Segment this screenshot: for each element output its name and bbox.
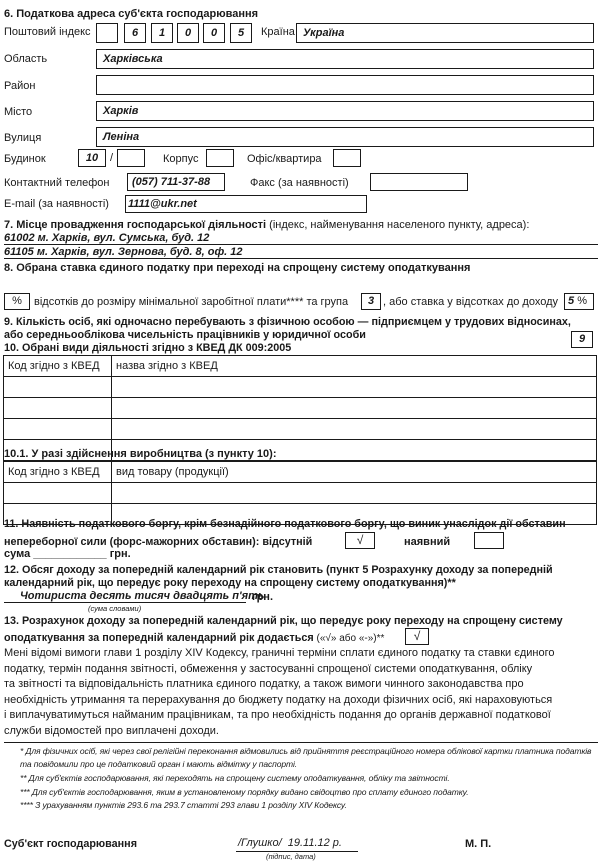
city-label: Місто	[4, 106, 32, 118]
section-8-title: 8. Обрана ставка єдиного податку при пер…	[4, 262, 470, 274]
country-field[interactable]: Україна	[296, 23, 594, 43]
corpus-label: Корпус	[163, 153, 198, 165]
building-fraction-field[interactable]	[117, 149, 145, 167]
district-field[interactable]	[96, 75, 594, 95]
kved-activities-table: Код згідно з КВЕД назва згідно з КВЕД	[3, 355, 597, 461]
declaration-line: необхідність утримання та перерахування …	[4, 693, 554, 709]
section-7-title-rest: (індекс, найменування населеного пункту,…	[266, 219, 529, 231]
section-13-line-2-rest: («√» або «-»)**	[314, 633, 385, 644]
city-field[interactable]: Харків	[96, 101, 594, 121]
region-field[interactable]: Харківська	[96, 49, 594, 69]
stamp-label: М. П.	[465, 838, 491, 850]
rate-text-1: відсотків до розміру мінімальної заробіт…	[34, 296, 348, 308]
address-2-underline	[4, 258, 598, 259]
section-9-line-2: або середньооблікова чисельність працівн…	[4, 329, 366, 341]
declaration-line: Мені відомі вимоги глави 1 розділу XIV К…	[4, 646, 554, 662]
header-product-type: вид товару (продукції)	[112, 462, 597, 483]
address-1-underline	[4, 244, 598, 245]
section-12-line-2: календарний рік, що передує року переход…	[4, 577, 456, 589]
kved-code-cell[interactable]	[4, 398, 112, 419]
postal-index-label: Поштовий індекс	[4, 26, 91, 38]
debt-sum-line: сума ____________ грн.	[4, 548, 131, 560]
debt-present-label: наявний	[404, 536, 450, 548]
income-rate-field[interactable]: 5 %	[564, 293, 594, 310]
debt-absent-checkbox[interactable]: √	[345, 532, 375, 549]
section-13-line-2: оподаткування за попередній календарний …	[4, 632, 384, 644]
office-label: Офіс/квартира	[247, 153, 322, 165]
production-table: Код згідно з КВЕД вид товару (продукції)	[3, 461, 597, 525]
kved-name-cell[interactable]	[112, 398, 597, 419]
percent-box[interactable]: %	[4, 293, 30, 310]
section-9-line-1: 9. Кількість осіб, які одночасно перебув…	[4, 316, 571, 328]
declaration-line: служби відомостей про виплачені доходи.	[4, 724, 554, 740]
building-label: Будинок	[4, 153, 46, 165]
footnote-2: ** Для суб'єктів господарювання, які пер…	[20, 773, 450, 783]
business-address-1[interactable]: 61002 м. Харків, вул. Сумська, буд. 12	[4, 232, 209, 244]
phone-label: Контактний телефон	[4, 177, 109, 189]
postal-digit-5[interactable]: 0	[203, 23, 225, 43]
street-field[interactable]: Леніна	[96, 127, 594, 147]
section-11-line-2: непереборної сили (форс-мажорних обстави…	[4, 536, 312, 548]
table-row	[4, 419, 597, 440]
table-row	[4, 483, 597, 504]
product-type-cell[interactable]	[112, 483, 597, 504]
footnote-1-cont: та повідомили про це податковий орган і …	[20, 759, 297, 769]
section-13-line-2-bold: оподаткування за попередній календарний …	[4, 632, 314, 644]
postal-digit-1[interactable]	[96, 23, 118, 43]
postal-digit-6[interactable]: 5	[230, 23, 252, 43]
corpus-field[interactable]	[206, 149, 234, 167]
debt-present-checkbox[interactable]	[474, 532, 504, 549]
table-row	[4, 377, 597, 398]
postal-digit-3[interactable]: 1	[151, 23, 173, 43]
postal-digit-4[interactable]: 0	[177, 23, 199, 43]
fax-field[interactable]	[370, 173, 468, 191]
signature-caption: (підпис, дата)	[266, 852, 316, 861]
region-label: Область	[4, 53, 47, 65]
table-row	[4, 398, 597, 419]
section-7-title: 7. Місце провадження господарської діяль…	[4, 219, 529, 231]
income-amount-underline	[4, 602, 246, 603]
header-kved-name: назва згідно з КВЕД	[112, 356, 597, 377]
kved-code-cell[interactable]	[4, 377, 112, 398]
income-amount-words[interactable]: Чотириста десять тисяч двадцять п'ять	[20, 590, 264, 602]
postal-digit-2[interactable]: 6	[124, 23, 146, 43]
header-kved-code: Код згідно з КВЕД	[4, 356, 112, 377]
section-7-title-bold: 7. Місце провадження господарської діяль…	[4, 219, 266, 231]
footnotes-divider	[4, 742, 598, 743]
subject-label: Суб'єкт господарювання	[4, 838, 137, 850]
kved-code-cell[interactable]	[4, 419, 112, 440]
employee-count-field[interactable]: 9	[571, 331, 593, 348]
income-amount-caption: (сума словами)	[88, 604, 141, 613]
kved-name-cell[interactable]	[112, 377, 597, 398]
kved-code-cell[interactable]	[4, 483, 112, 504]
declaration-line: податку, термін подання звітності, обмеж…	[4, 662, 554, 678]
email-field[interactable]: 1111@ukr.net	[125, 195, 367, 213]
footnote-1: * Для фізичних осіб, які через свої релі…	[20, 746, 591, 756]
footnote-4: **** З урахуванням пунктів 293.6 та 293.…	[20, 800, 347, 810]
section-11-line-1: 11. Наявність податкового боргу, крім бе…	[4, 518, 566, 530]
income-rate-unit: %	[577, 295, 587, 307]
section-10-1-title: 10.1. У разі здійснення виробництва (з п…	[4, 448, 276, 460]
building-separator: /	[110, 152, 113, 164]
declaration-line: і виплачуватимуться найманим працівникам…	[4, 708, 554, 724]
phone-field[interactable]: (057) 711-37-88	[127, 173, 225, 191]
footnote-3: *** Для суб'єктів господарювання, яким в…	[20, 787, 468, 797]
section-12-line-1: 12. Обсяг доходу за попередній календарн…	[4, 564, 553, 576]
street-label: Вулиця	[4, 132, 41, 144]
email-label: E-mail (за наявності)	[4, 198, 109, 210]
section-6-title: 6. Податкова адреса суб'єкта господарюва…	[4, 8, 258, 20]
office-field[interactable]	[333, 149, 361, 167]
signature-field[interactable]: /Глушко/ 19.11.12 р.	[238, 837, 342, 849]
declaration-paragraph: Мені відомі вимоги глави 1 розділу XIV К…	[4, 646, 554, 739]
section-10-title: 10. Обрані види діяльності згідно з КВЕД…	[4, 342, 291, 354]
header-kved-code: Код згідно з КВЕД	[4, 462, 112, 483]
declaration-line: та звітності та відповідальність платник…	[4, 677, 554, 693]
country-label: Країна	[261, 26, 295, 38]
building-field[interactable]: 10	[78, 149, 106, 167]
section-13-line-1: 13. Розрахунок доходу за попередній кале…	[4, 615, 563, 627]
income-currency: грн.	[252, 591, 273, 603]
rate-text-2: , або ставка у відсотках до доходу	[383, 296, 558, 308]
business-address-2[interactable]: 61105 м. Харків, вул. Зернова, буд. 8, о…	[4, 246, 243, 258]
district-label: Район	[4, 80, 35, 92]
fax-label: Факс (за наявності)	[250, 177, 349, 189]
kved-name-cell[interactable]	[112, 419, 597, 440]
group-field[interactable]: 3	[361, 293, 381, 310]
income-calc-attached-checkbox[interactable]: √	[405, 628, 429, 645]
income-rate-value: 5	[568, 295, 574, 307]
table-header-row: Код згідно з КВЕД вид товару (продукції)	[4, 462, 597, 483]
table-header-row: Код згідно з КВЕД назва згідно з КВЕД	[4, 356, 597, 377]
